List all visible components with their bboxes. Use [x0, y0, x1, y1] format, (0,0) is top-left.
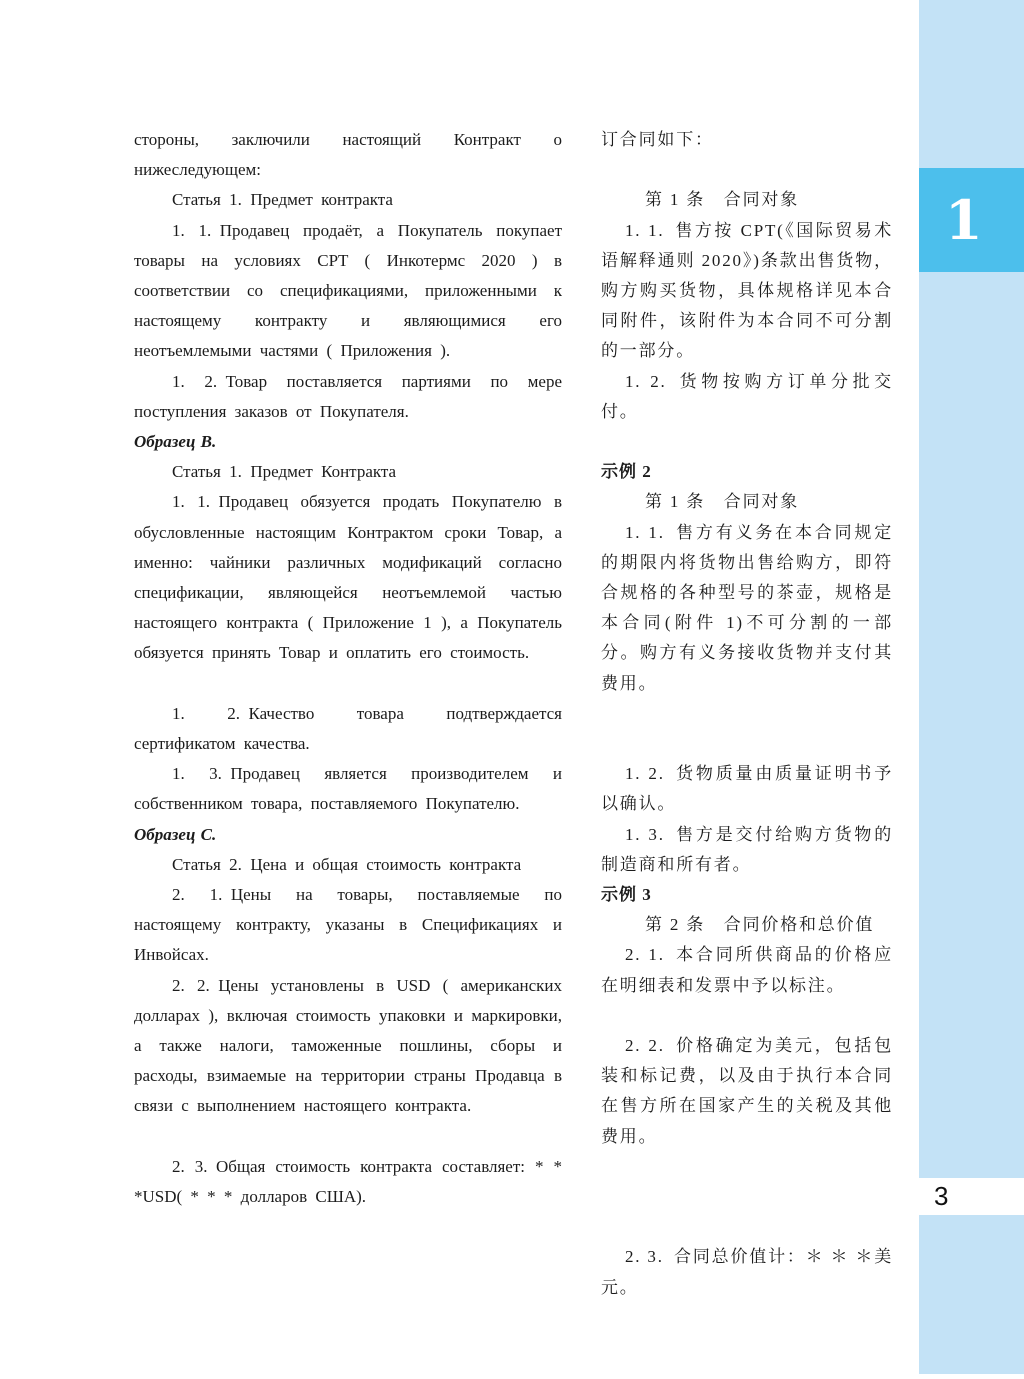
- ru-clause: 2. 2. Цены установлены в USD ( американс…: [134, 971, 562, 1152]
- zh-clause: 2. 1. 本合同所供商品的价格应在明细表和发票中予以标注。: [601, 940, 893, 1000]
- chinese-text-column: 订合同如下： 第 1 条 合同对象 1. 1. 售方按 CPT(《国际贸易术语解…: [601, 125, 893, 1303]
- chapter-number: 1: [919, 188, 983, 252]
- chapter-side-strip: 1 3: [919, 0, 1024, 1374]
- zh-clause: 1. 3. 售方是交付给购方货物的制造商和所有者。: [601, 820, 893, 880]
- zh-article-heading: 第 1 条 合同对象: [601, 185, 893, 215]
- zh-article-heading: 第 1 条 合同对象: [601, 487, 893, 517]
- ru-article-heading: Статья 2. Цена и общая стоимость контрак…: [134, 850, 562, 880]
- zh-clause: 1. 1. 售方按 CPT(《国际贸易术语解释通则 2020》)条款出售货物，购…: [601, 216, 893, 367]
- chapter-number-tab: 1: [919, 168, 1024, 272]
- ru-clause: 2. 1. Цены на товары, поставляемые по на…: [134, 880, 562, 971]
- russian-text-column: стороны, заключили настоящий Контракт о …: [134, 125, 562, 1212]
- zh-sample-label-2: 示例 2: [601, 457, 893, 487]
- zh-clause: 2. 3. 合同总价值计：＊ ＊ ＊美元。: [601, 1242, 893, 1302]
- zh-clause: 1. 2. 货物质量由质量证明书予以确认。: [601, 759, 893, 819]
- ru-clause: 1. 2. Качество товара подтверждается сер…: [134, 699, 562, 759]
- ru-clause: 1. 1. Продавец обязуется продать Покупат…: [134, 487, 562, 698]
- zh-clause: 1. 2. 货物按购方订单分批交付。: [601, 367, 893, 427]
- zh-continuation-paragraph: 订合同如下：: [601, 125, 893, 155]
- zh-sample-label-3: 示例 3: [601, 880, 893, 910]
- page-number: 3: [919, 1181, 948, 1212]
- zh-clause: 1. 1. 售方有义务在本合同规定的期限内将货物出售给购方，即符合规格的各种型号…: [601, 518, 893, 699]
- ru-sample-label-b: Образец В.: [134, 427, 562, 457]
- ru-clause: 1. 2. Товар поставляется партиями по мер…: [134, 367, 562, 427]
- ru-clause: 1. 1. Продавец продаёт, а Покупатель пок…: [134, 216, 562, 367]
- ru-sample-label-c: Образец С.: [134, 820, 562, 850]
- ru-continuation-paragraph: стороны, заключили настоящий Контракт о …: [134, 125, 562, 185]
- book-page: стороны, заключили настоящий Контракт о …: [0, 0, 1024, 1379]
- page-number-band: 3: [919, 1178, 1024, 1215]
- zh-article-heading: 第 2 条 合同价格和总价值: [601, 910, 893, 940]
- zh-clause: 2. 2. 价格确定为美元，包括包装和标记费，以及由于执行本合同在售方所在国家产…: [601, 1031, 893, 1152]
- ru-clause: 1. 3. Продавец является производителем и…: [134, 759, 562, 819]
- ru-clause: 2. 3. Общая стоимость контракта составля…: [134, 1152, 562, 1212]
- ru-article-heading: Статья 1. Предмет Контракта: [134, 457, 562, 487]
- ru-article-heading: Статья 1. Предмет контракта: [134, 185, 562, 215]
